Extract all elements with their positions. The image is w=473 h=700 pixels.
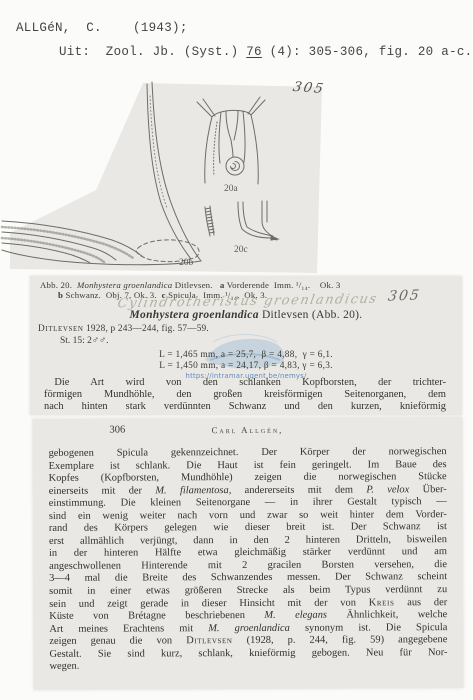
figure-label-c: 20c xyxy=(234,245,248,255)
tail-drawing-20b xyxy=(2,82,201,265)
running-head: Carl Allgén, xyxy=(32,424,462,436)
spicula-drawing-20c xyxy=(238,201,278,240)
citation-volume: 76 xyxy=(246,45,262,59)
head-drawing-20a xyxy=(197,97,265,184)
measurement-line-1: L = 1,465 mm, a = 25,7, β = 4,88, γ = 6,… xyxy=(30,350,462,360)
article-paragraph: gebogenen Spicula gekennzeichnet. Der Kö… xyxy=(49,446,448,674)
figure-paper-cutout xyxy=(10,83,322,273)
measurement-line-2: L = 1,450 mm, a = 24,17, β = 4,83, γ = 6… xyxy=(30,361,462,371)
reference-line: Ditlevsen 1928, p 243—244, fig. 57—59. xyxy=(38,324,209,334)
caption-scan: Abb. 20. Monhystera groenlandica Ditlevs… xyxy=(30,276,462,415)
scanned-literature-card: ALLGéN, C. (1943); Uit: Zool. Jb. (Syst.… xyxy=(0,0,473,700)
gubernaculum-drawing xyxy=(205,206,215,236)
citation-author-line: ALLGéN, C. (1943); xyxy=(16,21,188,35)
figure-label-b: 20b xyxy=(179,258,194,268)
handwritten-page-number-figure: 305 xyxy=(291,79,326,97)
species-title-line: Monhystera groenlandica Ditlevsen (Abb. … xyxy=(30,309,462,321)
caption-paragraph: Die Art wird von den schlanken Kopfborst… xyxy=(44,377,446,412)
station-line: St. 15: 2♂♂. xyxy=(60,336,109,346)
figure-label-a: 20a xyxy=(224,184,239,194)
article-scan: 306 Carl Allgén, gebogenen Spicula geken… xyxy=(32,417,463,690)
citation-source-post: (4): 305-306, fig. 20 a-c. xyxy=(262,45,473,59)
handwritten-page-number-caption: 305 xyxy=(387,287,422,304)
spiral-amphid xyxy=(226,157,244,175)
citation-source-line: Uit: Zool. Jb. (Syst.) 76 (4): 305-306, … xyxy=(59,45,472,59)
citation-source-pre: Uit: Zool. Jb. (Syst.) xyxy=(59,45,246,59)
